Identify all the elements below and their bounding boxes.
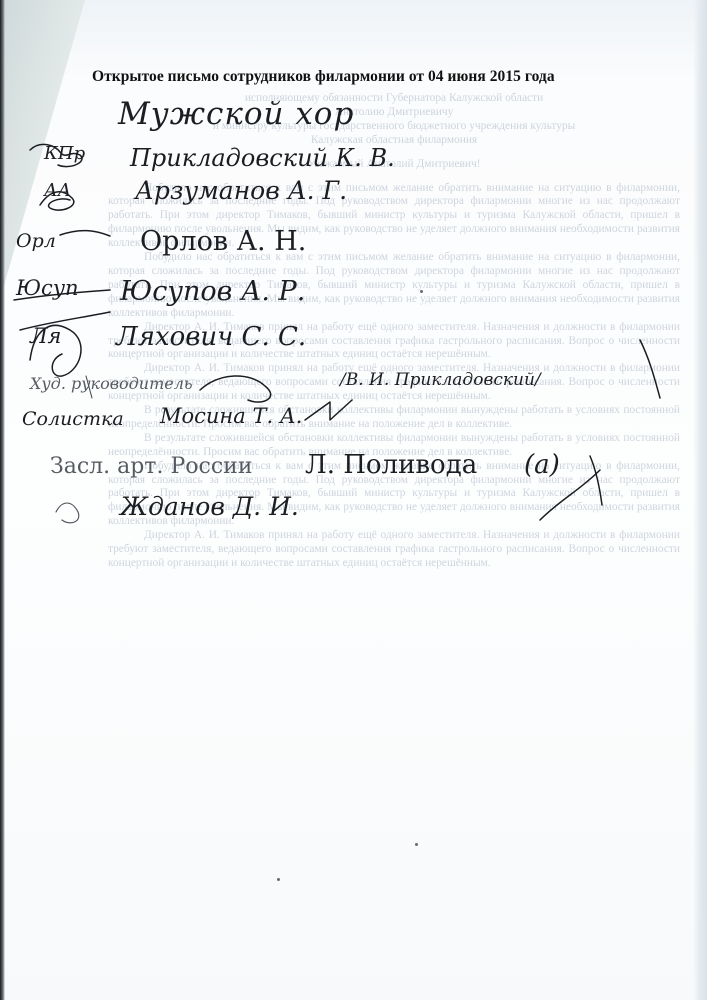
handwritten-flourishes <box>0 0 707 1000</box>
scan-speck <box>277 878 280 881</box>
scan-speck <box>420 290 423 293</box>
scan-speck <box>415 843 418 846</box>
scanned-letter-page: исполняющему обязанности Губернатора Кал… <box>0 0 707 1000</box>
